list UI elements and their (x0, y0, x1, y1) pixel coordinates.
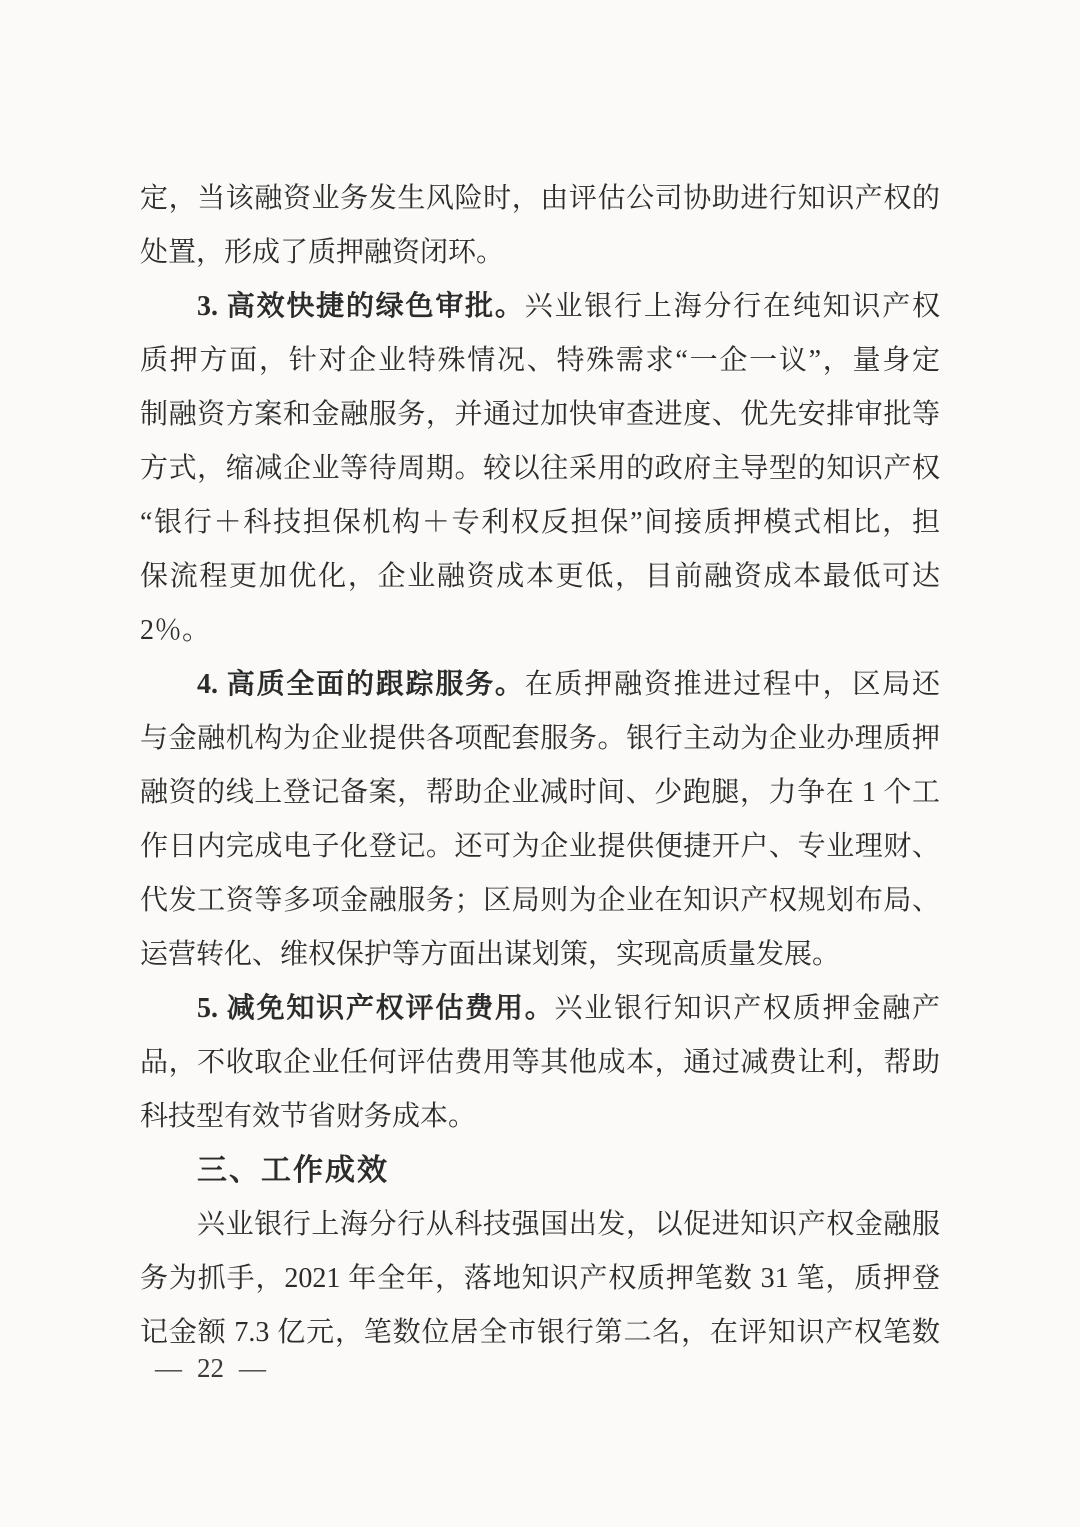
text-line: 质押方面，针对企业特殊情况、特殊需求“一企一议”，量身定 (140, 334, 940, 388)
line-text: 科技型有效节省财务成本。 (140, 1101, 476, 1132)
line-text: 在质押融资推进过程中，区局还 (525, 669, 940, 700)
text-line: 2％。 (140, 604, 940, 658)
text-line: 科技型有效节省财务成本。 (140, 1090, 940, 1144)
line-text: 与金融机构为企业提供各项配套服务。银行主动为企业办理质押 (140, 723, 940, 754)
line-text: 保流程更加优化，企业融资成本更低，目前融资成本最低可达 (140, 561, 940, 592)
line-text: “银行＋科技担保机构＋专利权反担保”间接质押模式相比，担 (140, 507, 940, 538)
footer-dash-left: — (155, 1346, 182, 1390)
text-line: 4. 高质全面的跟踪服务。在质押融资推进过程中，区局还 (140, 658, 940, 712)
line-text: 处置，形成了质押融资闭环。 (140, 237, 504, 268)
bold-lead: 5. 减免知识产权评估费用。 (197, 993, 555, 1024)
text-line: 融资的线上登记备案，帮助企业减时间、少跑腿，力争在 1 个工 (140, 766, 940, 820)
line-text: 代发工资等多项金融服务；区局则为企业在知识产权规划布局、 (140, 885, 940, 916)
text-line: 品，不收取企业任何评估费用等其他成本，通过减费让利，帮助 (140, 1036, 940, 1090)
text-line: 处置，形成了质押融资闭环。 (140, 226, 940, 280)
line-text: 2％。 (140, 615, 210, 646)
text-line: 代发工资等多项金融服务；区局则为企业在知识产权规划布局、 (140, 874, 940, 928)
line-text: 务为抓手，2021 年全年，落地知识产权质押笔数 31 笔，质押登 (140, 1263, 940, 1294)
line-text: 定，当该融资业务发生风险时，由评估公司协助进行知识产权的 (140, 183, 940, 214)
line-text: 质押方面，针对企业特殊情况、特殊需求“一企一议”，量身定 (140, 345, 940, 376)
text-line: 定，当该融资业务发生风险时，由评估公司协助进行知识产权的 (140, 172, 940, 226)
page-number: 22 (197, 1346, 224, 1390)
line-text: 运营转化、维权保护等方面出谋划策，实现高质量发展。 (140, 939, 840, 970)
text-line: 制融资方案和金融服务，并通过加快审查进度、优先安排审批等 (140, 388, 940, 442)
text-block: 定，当该融资业务发生风险时，由评估公司协助进行知识产权的 处置，形成了质押融资闭… (140, 172, 940, 1360)
bold-lead: 3. 高效快捷的绿色审批。 (197, 291, 525, 322)
text-line: “银行＋科技担保机构＋专利权反担保”间接质押模式相比，担 (140, 496, 940, 550)
text-line: 5. 减免知识产权评估费用。兴业银行知识产权质押金融产 (140, 982, 940, 1036)
line-text: 品，不收取企业任何评估费用等其他成本，通过减费让利，帮助 (140, 1047, 940, 1078)
text-line: 兴业银行上海分行从科技强国出发，以促进知识产权金融服 (140, 1198, 940, 1252)
bold-lead: 4. 高质全面的跟踪服务。 (197, 669, 525, 700)
heading-text: 三、工作成效 (197, 1154, 389, 1187)
document-page: 定，当该融资业务发生风险时，由评估公司协助进行知识产权的 处置，形成了质押融资闭… (0, 0, 1080, 1527)
section-heading: 三、工作成效 (140, 1144, 940, 1198)
line-text: 融资的线上登记备案，帮助企业减时间、少跑腿，力争在 1 个工 (140, 777, 940, 808)
line-text: 制融资方案和金融服务，并通过加快审查进度、优先安排审批等 (140, 399, 940, 430)
line-text: 兴业银行上海分行在纯知识产权 (525, 291, 940, 322)
text-line: 3. 高效快捷的绿色审批。兴业银行上海分行在纯知识产权 (140, 280, 940, 334)
line-text: 作日内完成电子化登记。还可为企业提供便捷开户、专业理财、 (140, 831, 940, 862)
footer-dash-right: — (239, 1346, 266, 1390)
text-line: 与金融机构为企业提供各项配套服务。银行主动为企业办理质押 (140, 712, 940, 766)
line-text: 兴业银行知识产权质押金融产 (555, 993, 941, 1024)
text-line: 保流程更加优化，企业融资成本更低，目前融资成本最低可达 (140, 550, 940, 604)
text-line: 务为抓手，2021 年全年，落地知识产权质押笔数 31 笔，质押登 (140, 1252, 940, 1306)
text-line: 方式，缩减企业等待周期。较以往采用的政府主导型的知识产权 (140, 442, 940, 496)
line-text: 记金额 7.3 亿元，笔数位居全市银行第二名，在评知识产权笔数 (140, 1317, 940, 1348)
line-text: 兴业银行上海分行从科技强国出发，以促进知识产权金融服 (197, 1209, 940, 1240)
text-line: 作日内完成电子化登记。还可为企业提供便捷开户、专业理财、 (140, 820, 940, 874)
line-text: 方式，缩减企业等待周期。较以往采用的政府主导型的知识产权 (140, 453, 940, 484)
page-footer: — 22 — (155, 1346, 266, 1390)
text-line: 运营转化、维权保护等方面出谋划策，实现高质量发展。 (140, 928, 940, 982)
